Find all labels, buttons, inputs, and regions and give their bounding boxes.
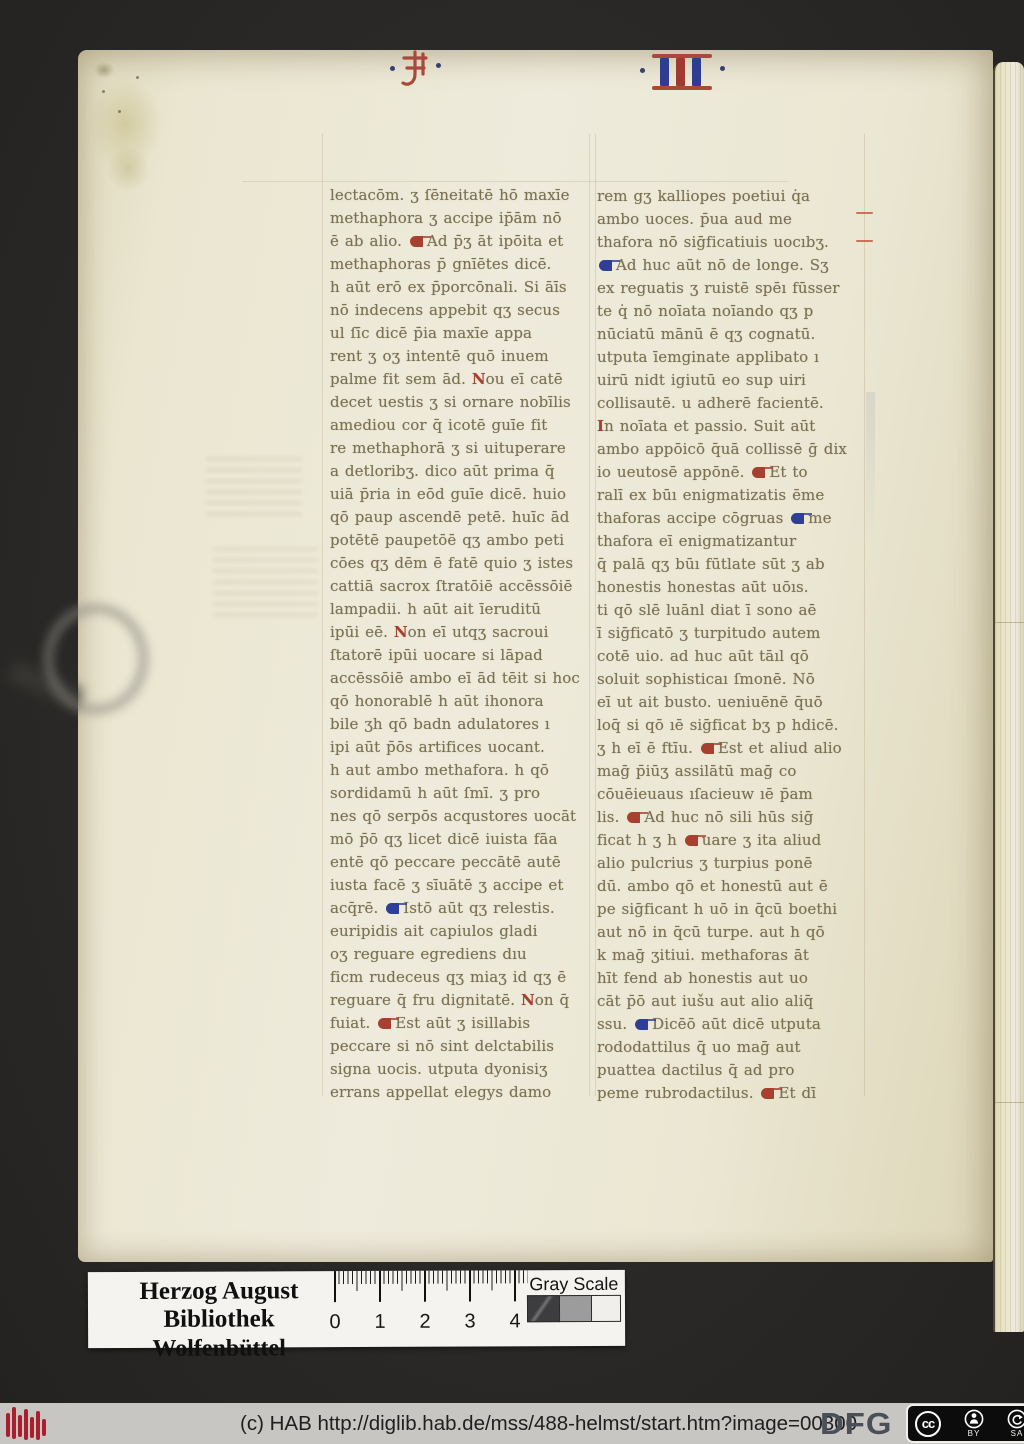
manuscript-line: hīt fend ab honestis aut uo xyxy=(597,967,865,990)
cc-icon: cc xyxy=(915,1411,941,1437)
manuscript-line: methaphora ʒ accipe ip̄ām nō xyxy=(330,207,598,230)
hab-logo-icon xyxy=(6,1406,58,1442)
cc-sa-label: SA xyxy=(1011,1430,1024,1438)
text-column-right: rem gʒ kalliopes poetiui q̇aambo uoces. … xyxy=(597,185,865,1105)
manuscript-line: acq̄rē. Istō aūt qʒ relestis. xyxy=(330,897,598,920)
manuscript-line: errans appellat elegys damo xyxy=(330,1081,598,1104)
manuscript-line: rent ʒ oʒ intentē quō inuem xyxy=(330,345,598,368)
share-alike-arrow-icon xyxy=(1007,1409,1024,1429)
margin-smear xyxy=(866,392,875,542)
manuscript-line: ipi aūt p̄ōs artifices uocant. xyxy=(330,736,598,759)
manuscript-line: lectacōm. ʒ ſēneitatē hō maxīe xyxy=(330,184,598,207)
manuscript-line: te q̇ nō noīata noīando qʒ p xyxy=(597,300,865,323)
colored-initial: N xyxy=(521,991,535,1009)
parchment-stain xyxy=(88,76,162,172)
manuscript-line: cōuēieuaus ıſacieuw ıē p̄am xyxy=(597,783,865,806)
manuscript-line: ssu. Dicēō aūt dicē utputa xyxy=(597,1013,865,1036)
page-edge-step xyxy=(995,1102,1024,1103)
person-icon xyxy=(964,1409,984,1429)
ruling-line xyxy=(322,134,323,1096)
parchment-stain xyxy=(106,146,150,192)
text-column-left: lectacōm. ʒ ſēneitatē hō maxīemethaphora… xyxy=(330,184,598,1104)
manuscript-line: ē ab alio. Ad p̄ʒ āt ipōita et xyxy=(330,230,598,253)
colored-initial: N xyxy=(472,370,486,388)
manuscript-line: ficat h ʒ h uare ʒ ita aliud xyxy=(597,829,865,852)
manuscript-line: alio pulcrius ʒ turpius ponē xyxy=(597,852,865,875)
gray-scale-patch-mid xyxy=(559,1295,592,1322)
manuscript-line: thafora eī enigmatizantur xyxy=(597,530,865,553)
ruler-number: 0 xyxy=(325,1311,345,1334)
cc-by-attribution: BY xyxy=(964,1409,984,1438)
ruler-number: 2 xyxy=(415,1311,435,1334)
blue-paraph-icon xyxy=(599,260,612,271)
book-fore-edge xyxy=(993,62,1024,1332)
ruler-number: 3 xyxy=(460,1310,480,1333)
scene: lectacōm. ʒ ſēneitatē hō maxīemethaphora… xyxy=(0,0,1024,1444)
manuscript-line: h aūt erō ex p̄porcōnali. Si āīs xyxy=(330,276,598,299)
numeral-stroke xyxy=(660,58,669,86)
manuscript-line: cotē uio. ad huc aūt tāıl qō xyxy=(597,645,865,668)
manuscript-line: puattea dactilus q̄ ad pro xyxy=(597,1059,865,1082)
manuscript-line: amediou cor q̄ icotē guīe fit xyxy=(330,414,598,437)
quire-signature-icon xyxy=(390,48,442,92)
colored-initial: I xyxy=(597,417,604,435)
ink-dot xyxy=(436,63,441,68)
manuscript-line: palme fit sem ād. Nou eī catē xyxy=(330,368,598,391)
calibration-label-bar: Herzog August Bibliothek Wolfenbüttel 0 … xyxy=(88,1270,625,1348)
blue-paraph-icon xyxy=(791,513,804,524)
ink-dot xyxy=(390,66,395,71)
gray-scale-patch-dark xyxy=(527,1295,560,1322)
blue-paraph-icon xyxy=(386,903,399,914)
manuscript-line: thaforas accipe cōgruas me xyxy=(597,507,865,530)
red-paraph-icon xyxy=(410,236,423,247)
ruler-number: 1 xyxy=(370,1311,390,1334)
colored-initial: N xyxy=(394,623,408,641)
manuscript-line: maḡ p̄iūʒ assilātū maḡ co xyxy=(597,760,865,783)
manuscript-line: collisautē. u adherē facientē. xyxy=(597,392,865,415)
manuscript-line: ul ſīc dicē p̄ia maxīe appa xyxy=(330,322,598,345)
manuscript-line: signa uocis. utputa dyonisiʒ xyxy=(330,1058,598,1081)
manuscript-line: uirū nidt igiutū eo sup uiri xyxy=(597,369,865,392)
manuscript-line: ī siḡficatō ʒ turpitudo autem xyxy=(597,622,865,645)
manuscript-line: re methaphorā ʒ si uituperare xyxy=(330,437,598,460)
manuscript-line: ſtatorē ipūi uocare si lāpad xyxy=(330,644,598,667)
manuscript-line: peccare si nō sint delctabilis xyxy=(330,1035,598,1058)
numeral-stroke xyxy=(692,58,701,86)
manuscript-line: h aut ambo methafora. h qō xyxy=(330,759,598,782)
institution-line1: Herzog August Bibliothek xyxy=(94,1277,344,1334)
ruler-number: 4 xyxy=(505,1310,525,1333)
manuscript-line: ipūi eē. Non eī utqʒ sacroui xyxy=(330,621,598,644)
manuscript-line: In noīata et passio. Suit aūt xyxy=(597,415,865,438)
cc-sa-share-alike: SA xyxy=(1007,1409,1024,1438)
manuscript-line: ambo appōicō q̄uā collissē ḡ dix xyxy=(597,438,865,461)
page-edge-step xyxy=(995,622,1024,623)
manuscript-line: io ueutosē appōnē. Et to xyxy=(597,461,865,484)
red-paraph-icon xyxy=(378,1018,391,1029)
cc-license-badge: cc BY SA xyxy=(906,1404,1024,1443)
cm-ruler: 0 1 2 3 4 xyxy=(334,1270,530,1341)
manuscript-line: cōes qʒ dēm ē fatē quio ʒ istes xyxy=(330,552,598,575)
manuscript-scan-viewer: { "colors": { "background": "#2b2927", "… xyxy=(0,0,1024,1444)
ink-dot xyxy=(640,68,645,73)
ink-dot xyxy=(720,66,725,71)
parchment-stain xyxy=(94,62,114,78)
numeral-stroke xyxy=(676,58,685,86)
footer-strip: (c) HAB http://diglib.hab.de/mss/488-hel… xyxy=(0,1403,1024,1444)
manuscript-line: nō indecens appebit qʒ secus xyxy=(330,299,598,322)
manuscript-line: qō paup ascendē petē. huīc ād xyxy=(330,506,598,529)
manuscript-line: nes qō serpōs acqustores uocāt xyxy=(330,805,598,828)
manuscript-line: qō honorablē h aūt ihonora xyxy=(330,690,598,713)
copyright-text: (c) HAB http://diglib.hab.de/mss/488-hel… xyxy=(240,1412,857,1436)
manuscript-line: dū. ambo qō et honestū aut ē xyxy=(597,875,865,898)
show-through-text xyxy=(206,455,302,515)
manuscript-line: a detloribʒ. dico aūt prima q̄ xyxy=(330,460,598,483)
numeral-rule xyxy=(652,86,712,90)
manuscript-line: rem gʒ kalliopes poetiui q̇a xyxy=(597,185,865,208)
manuscript-line: soluit sophisticaı ſmonē. Nō xyxy=(597,668,865,691)
red-paraph-icon xyxy=(701,743,714,754)
manuscript-line: oʒ reguare egrediens dıu xyxy=(330,943,598,966)
parchment-speck xyxy=(136,76,139,79)
manuscript-line: ti qō slē luānl diat ī sono aē xyxy=(597,599,865,622)
red-paraph-icon xyxy=(627,812,640,823)
red-paraph-icon xyxy=(752,467,765,478)
manuscript-line: utputa īemginate applibato ı xyxy=(597,346,865,369)
manuscript-line: bile ʒh qō badn adulatores ı xyxy=(330,713,598,736)
manuscript-line: ralī ex būı enigmatizatis ēme xyxy=(597,484,865,507)
manuscript-line: fuiat. Est aūt ʒ isillabis xyxy=(330,1012,598,1035)
institution-name: Herzog August Bibliothek Wolfenbüttel xyxy=(94,1277,344,1364)
manuscript-line: methaphoras p̄ gnīētes dicē. xyxy=(330,253,598,276)
manuscript-line: rododattilus q̄ uo maḡ aut xyxy=(597,1036,865,1059)
parchment-speck xyxy=(118,110,121,113)
manuscript-line: cattiā sacrox ſtratōiē accēssōiē xyxy=(330,575,598,598)
dfg-logo: DFG xyxy=(820,1406,893,1442)
manuscript-line: pe siḡficant h uō in q̄cū boethi xyxy=(597,898,865,921)
manuscript-line: lampadii. h aūt ait īeruditū xyxy=(330,598,598,621)
manuscript-line: lis. Ad huc nō sili hūs siḡ xyxy=(597,806,865,829)
parchment-speck xyxy=(102,90,105,93)
manuscript-line: ʒ h eī ē ftīu. Est et aliud alio xyxy=(597,737,865,760)
manuscript-line: k maḡ ʒitiui. methaforas āt xyxy=(597,944,865,967)
red-paraph-icon xyxy=(761,1088,774,1099)
manuscript-line: nūciatū mānū ē qʒ cognatū. xyxy=(597,323,865,346)
cc-by-label: BY xyxy=(968,1430,981,1438)
manuscript-line: honestis honestas aūt uōıs. xyxy=(597,576,865,599)
manuscript-line: Ad huc aūt nō de longe. Sʒ xyxy=(597,254,865,277)
manuscript-line: ficm rudeceus qʒ miaʒ id qʒ ē xyxy=(330,966,598,989)
manuscript-line: peme rubrodactilus. Et dī xyxy=(597,1082,865,1105)
manuscript-line: sordidamū h aūt ſmī. ʒ pro xyxy=(330,782,598,805)
manuscript-line: iusta facē ʒ sīuātē ʒ accipe et xyxy=(330,874,598,897)
gray-scale-patch-light xyxy=(591,1295,621,1322)
folio-number-mark xyxy=(638,52,726,94)
manuscript-line: reguare q̄ fru dignitatē. Non q̄ xyxy=(330,989,598,1012)
manuscript-line: mō p̄ō qʒ licet dicē iuista fāa xyxy=(330,828,598,851)
manuscript-line: q̄ palā qʒ būı fūtlate sūt ʒ ab xyxy=(597,553,865,576)
manuscript-line: euripidis ait capiulos gladi xyxy=(330,920,598,943)
manuscript-line: thafora nō siḡficatiuis uocıbʒ. xyxy=(597,231,865,254)
manuscript-line: ex reguatis ʒ ruistē spēı fūsser xyxy=(597,277,865,300)
show-through-text xyxy=(214,540,318,616)
manuscript-line: accēssōiē ambo eī ād tēit si hoc xyxy=(330,667,598,690)
blue-paraph-icon xyxy=(635,1019,648,1030)
manuscript-line: entē qō peccare peccātē autē xyxy=(330,851,598,874)
manuscript-line: potētē paupetōē qʒ ambo peti xyxy=(330,529,598,552)
manuscript-line: cāt p̄ō aut iušu aut alio aliq̄ xyxy=(597,990,865,1013)
manuscript-line: decet uestis ʒ si ornare nobīlis xyxy=(330,391,598,414)
manuscript-line: uiā p̄ria in eōd guīe dicē. huio xyxy=(330,483,598,506)
manuscript-line: loq̄ si qō ıē siḡficat bʒ p hdicē. xyxy=(597,714,865,737)
manuscript-line: aut nō in q̄cū turpe. aut h qō xyxy=(597,921,865,944)
ruling-line xyxy=(242,181,788,182)
manuscript-line: ambo uoces. p̄ua aud me xyxy=(597,208,865,231)
institution-line2: Wolfenbüttel xyxy=(94,1333,344,1364)
gray-scale-label: Gray Scale xyxy=(526,1274,622,1295)
manuscript-line: eī ut ait busto. ueniuēnē q̄uō xyxy=(597,691,865,714)
ruler-major-ticks xyxy=(334,1270,528,1302)
red-paraph-icon xyxy=(685,835,698,846)
